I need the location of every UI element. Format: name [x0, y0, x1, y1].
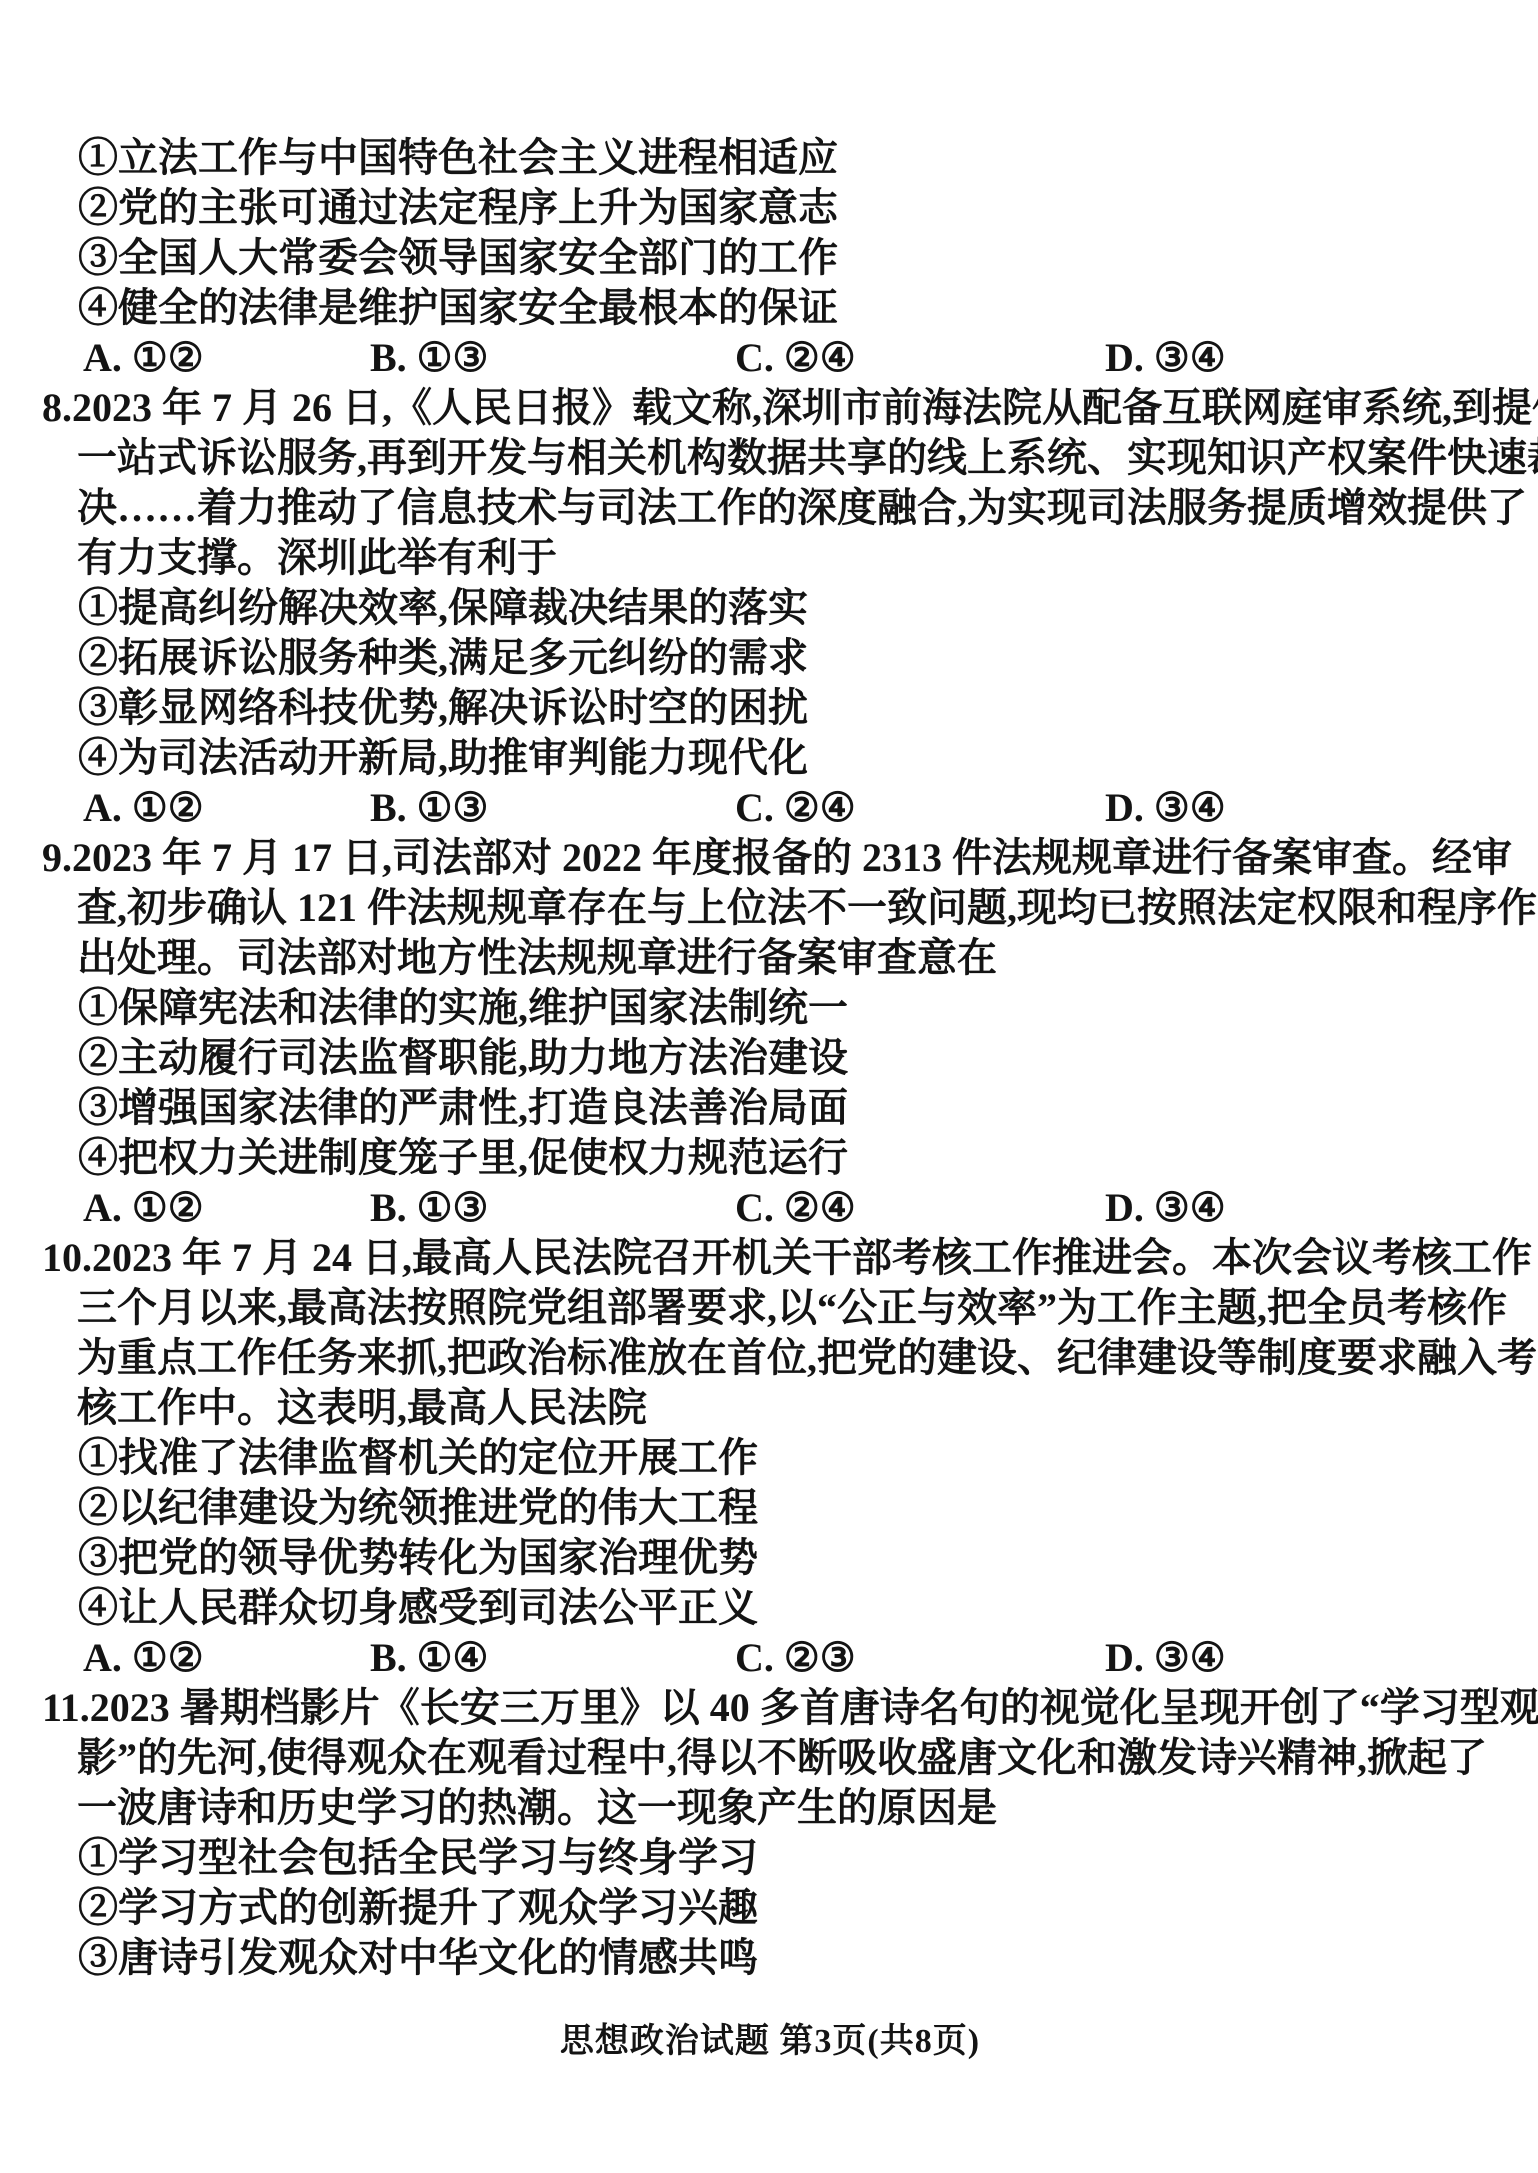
q10-stem-line-3: 为重点工作任务来抓,把政治标准放在首位,把党的建设、纪律建设等制度要求融入考 — [42, 1333, 1498, 1383]
q11-stem-line-3: 一波唐诗和历史学习的热潮。这一现象产生的原因是 — [42, 1783, 1498, 1833]
q7-option-d: D. ③④ — [1105, 333, 1226, 383]
q10-option-c: C. ②③ — [735, 1633, 1105, 1683]
q9-option-b: B. ①③ — [370, 1183, 735, 1233]
q8-stem-line-2: 一站式诉讼服务,再到开发与相关机构数据共享的线上系统、实现知识产权案件快速裁 — [42, 433, 1498, 483]
question-9: 9.2023 年 7 月 17 日,司法部对 2022 年度报备的 2313 件… — [42, 833, 1498, 1233]
q8-stem-line-1: 8.2023 年 7 月 26 日,《人民日报》载文称,深圳市前海法院从配备互联… — [42, 383, 1498, 433]
q9-stem-line-1: 9.2023 年 7 月 17 日,司法部对 2022 年度报备的 2313 件… — [42, 833, 1498, 883]
q7-options-row: A. ①②B. ①③C. ②④D. ③④ — [42, 333, 1498, 383]
q8-stem-line-3: 决……着力推动了信息技术与司法工作的深度融合,为实现司法服务提质增效提供了 — [42, 483, 1498, 533]
q9-options-row: A. ①②B. ①③C. ②④D. ③④ — [42, 1183, 1498, 1233]
q9-number: 9. — [42, 835, 72, 880]
q10-choice-2: ②以纪律建设为统领推进党的伟大工程 — [42, 1483, 1498, 1533]
question-7-continuation: ①立法工作与中国特色社会主义进程相适应 ②党的主张可通过法定程序上升为国家意志 … — [42, 133, 1498, 383]
q9-choice-3: ③增强国家法律的严肃性,打造良法善治局面 — [42, 1083, 1498, 1133]
q10-stem-line-2: 三个月以来,最高法按照院党组部署要求,以“公正与效率”为工作主题,把全员考核作 — [42, 1283, 1498, 1333]
q9-stem-line-3: 出处理。司法部对地方性法规规章进行备案审查意在 — [42, 933, 1498, 983]
q8-stem-text-1: 2023 年 7 月 26 日,《人民日报》载文称,深圳市前海法院从配备互联网庭… — [72, 385, 1538, 430]
question-8: 8.2023 年 7 月 26 日,《人民日报》载文称,深圳市前海法院从配备互联… — [42, 383, 1498, 833]
q9-stem-text-1: 2023 年 7 月 17 日,司法部对 2022 年度报备的 2313 件法规… — [72, 835, 1512, 880]
q8-stem-line-4: 有力支撑。深圳此举有利于 — [42, 533, 1498, 583]
q7-option-c: C. ②④ — [735, 333, 1105, 383]
q8-options-row: A. ①②B. ①③C. ②④D. ③④ — [42, 783, 1498, 833]
q11-choice-2: ②学习方式的创新提升了观众学习兴趣 — [42, 1883, 1498, 1933]
q11-stem-line-1: 11.2023 暑期档影片《长安三万里》以 40 多首唐诗名句的视觉化呈现开创了… — [42, 1683, 1498, 1733]
q11-choice-1: ①学习型社会包括全民学习与终身学习 — [42, 1833, 1498, 1883]
q10-choice-1: ①找准了法律监督机关的定位开展工作 — [42, 1433, 1498, 1483]
q9-option-d: D. ③④ — [1105, 1183, 1226, 1233]
q9-stem-line-2: 查,初步确认 121 件法规规章存在与上位法不一致问题,现均已按照法定权限和程序… — [42, 883, 1498, 933]
q8-option-b: B. ①③ — [370, 783, 735, 833]
q9-choice-4: ④把权力关进制度笼子里,促使权力规范运行 — [42, 1133, 1498, 1183]
q8-choice-2: ②拓展诉讼服务种类,满足多元纠纷的需求 — [42, 633, 1498, 683]
q8-choice-4: ④为司法活动开新局,助推审判能力现代化 — [42, 733, 1498, 783]
q8-number: 8. — [42, 385, 72, 430]
q10-option-d: D. ③④ — [1105, 1633, 1226, 1683]
q9-option-c: C. ②④ — [735, 1183, 1105, 1233]
exam-page-scan: ①立法工作与中国特色社会主义进程相适应 ②党的主张可通过法定程序上升为国家意志 … — [0, 0, 1538, 2173]
page-footer: 思想政治试题 第3页(共8页) — [42, 2020, 1498, 2064]
q10-stem-line-4: 核工作中。这表明,最高人民法院 — [42, 1383, 1498, 1433]
q7-choice-4: ④健全的法律是维护国家安全最根本的保证 — [42, 283, 1498, 333]
q10-choice-4: ④让人民群众切身感受到司法公平正义 — [42, 1583, 1498, 1633]
q11-choice-3: ③唐诗引发观众对中华文化的情感共鸣 — [42, 1933, 1498, 1983]
q7-option-a: A. ①② — [83, 333, 370, 383]
q10-option-a: A. ①② — [83, 1633, 370, 1683]
question-10: 10.2023 年 7 月 24 日,最高人民法院召开机关干部考核工作推进会。本… — [42, 1233, 1498, 1683]
q9-choice-2: ②主动履行司法监督职能,助力地方法治建设 — [42, 1033, 1498, 1083]
q8-choice-1: ①提高纠纷解决效率,保障裁决结果的落实 — [42, 583, 1498, 633]
q10-number: 10. — [42, 1235, 92, 1280]
q8-option-c: C. ②④ — [735, 783, 1105, 833]
q11-number: 11. — [42, 1685, 90, 1730]
q10-stem-line-1: 10.2023 年 7 月 24 日,最高人民法院召开机关干部考核工作推进会。本… — [42, 1233, 1498, 1283]
q8-choice-3: ③彰显网络科技优势,解决诉讼时空的困扰 — [42, 683, 1498, 733]
q11-stem-text-1: 2023 暑期档影片《长安三万里》以 40 多首唐诗名句的视觉化呈现开创了“学习… — [90, 1685, 1538, 1730]
q8-option-d: D. ③④ — [1105, 783, 1226, 833]
q10-stem-text-1: 2023 年 7 月 24 日,最高人民法院召开机关干部考核工作推进会。本次会议… — [92, 1235, 1532, 1280]
q7-choice-1: ①立法工作与中国特色社会主义进程相适应 — [42, 133, 1498, 183]
q9-option-a: A. ①② — [83, 1183, 370, 1233]
question-11: 11.2023 暑期档影片《长安三万里》以 40 多首唐诗名句的视觉化呈现开创了… — [42, 1683, 1498, 1983]
q11-stem-line-2: 影”的先河,使得观众在观看过程中,得以不断吸收盛唐文化和激发诗兴精神,掀起了 — [42, 1733, 1498, 1783]
q7-choice-2: ②党的主张可通过法定程序上升为国家意志 — [42, 183, 1498, 233]
q7-option-b: B. ①③ — [370, 333, 735, 383]
q7-choice-3: ③全国人大常委会领导国家安全部门的工作 — [42, 233, 1498, 283]
q10-options-row: A. ①②B. ①④C. ②③D. ③④ — [42, 1633, 1498, 1683]
q10-choice-3: ③把党的领导优势转化为国家治理优势 — [42, 1533, 1498, 1583]
q8-option-a: A. ①② — [83, 783, 370, 833]
q10-option-b: B. ①④ — [370, 1633, 735, 1683]
q9-choice-1: ①保障宪法和法律的实施,维护国家法制统一 — [42, 983, 1498, 1033]
